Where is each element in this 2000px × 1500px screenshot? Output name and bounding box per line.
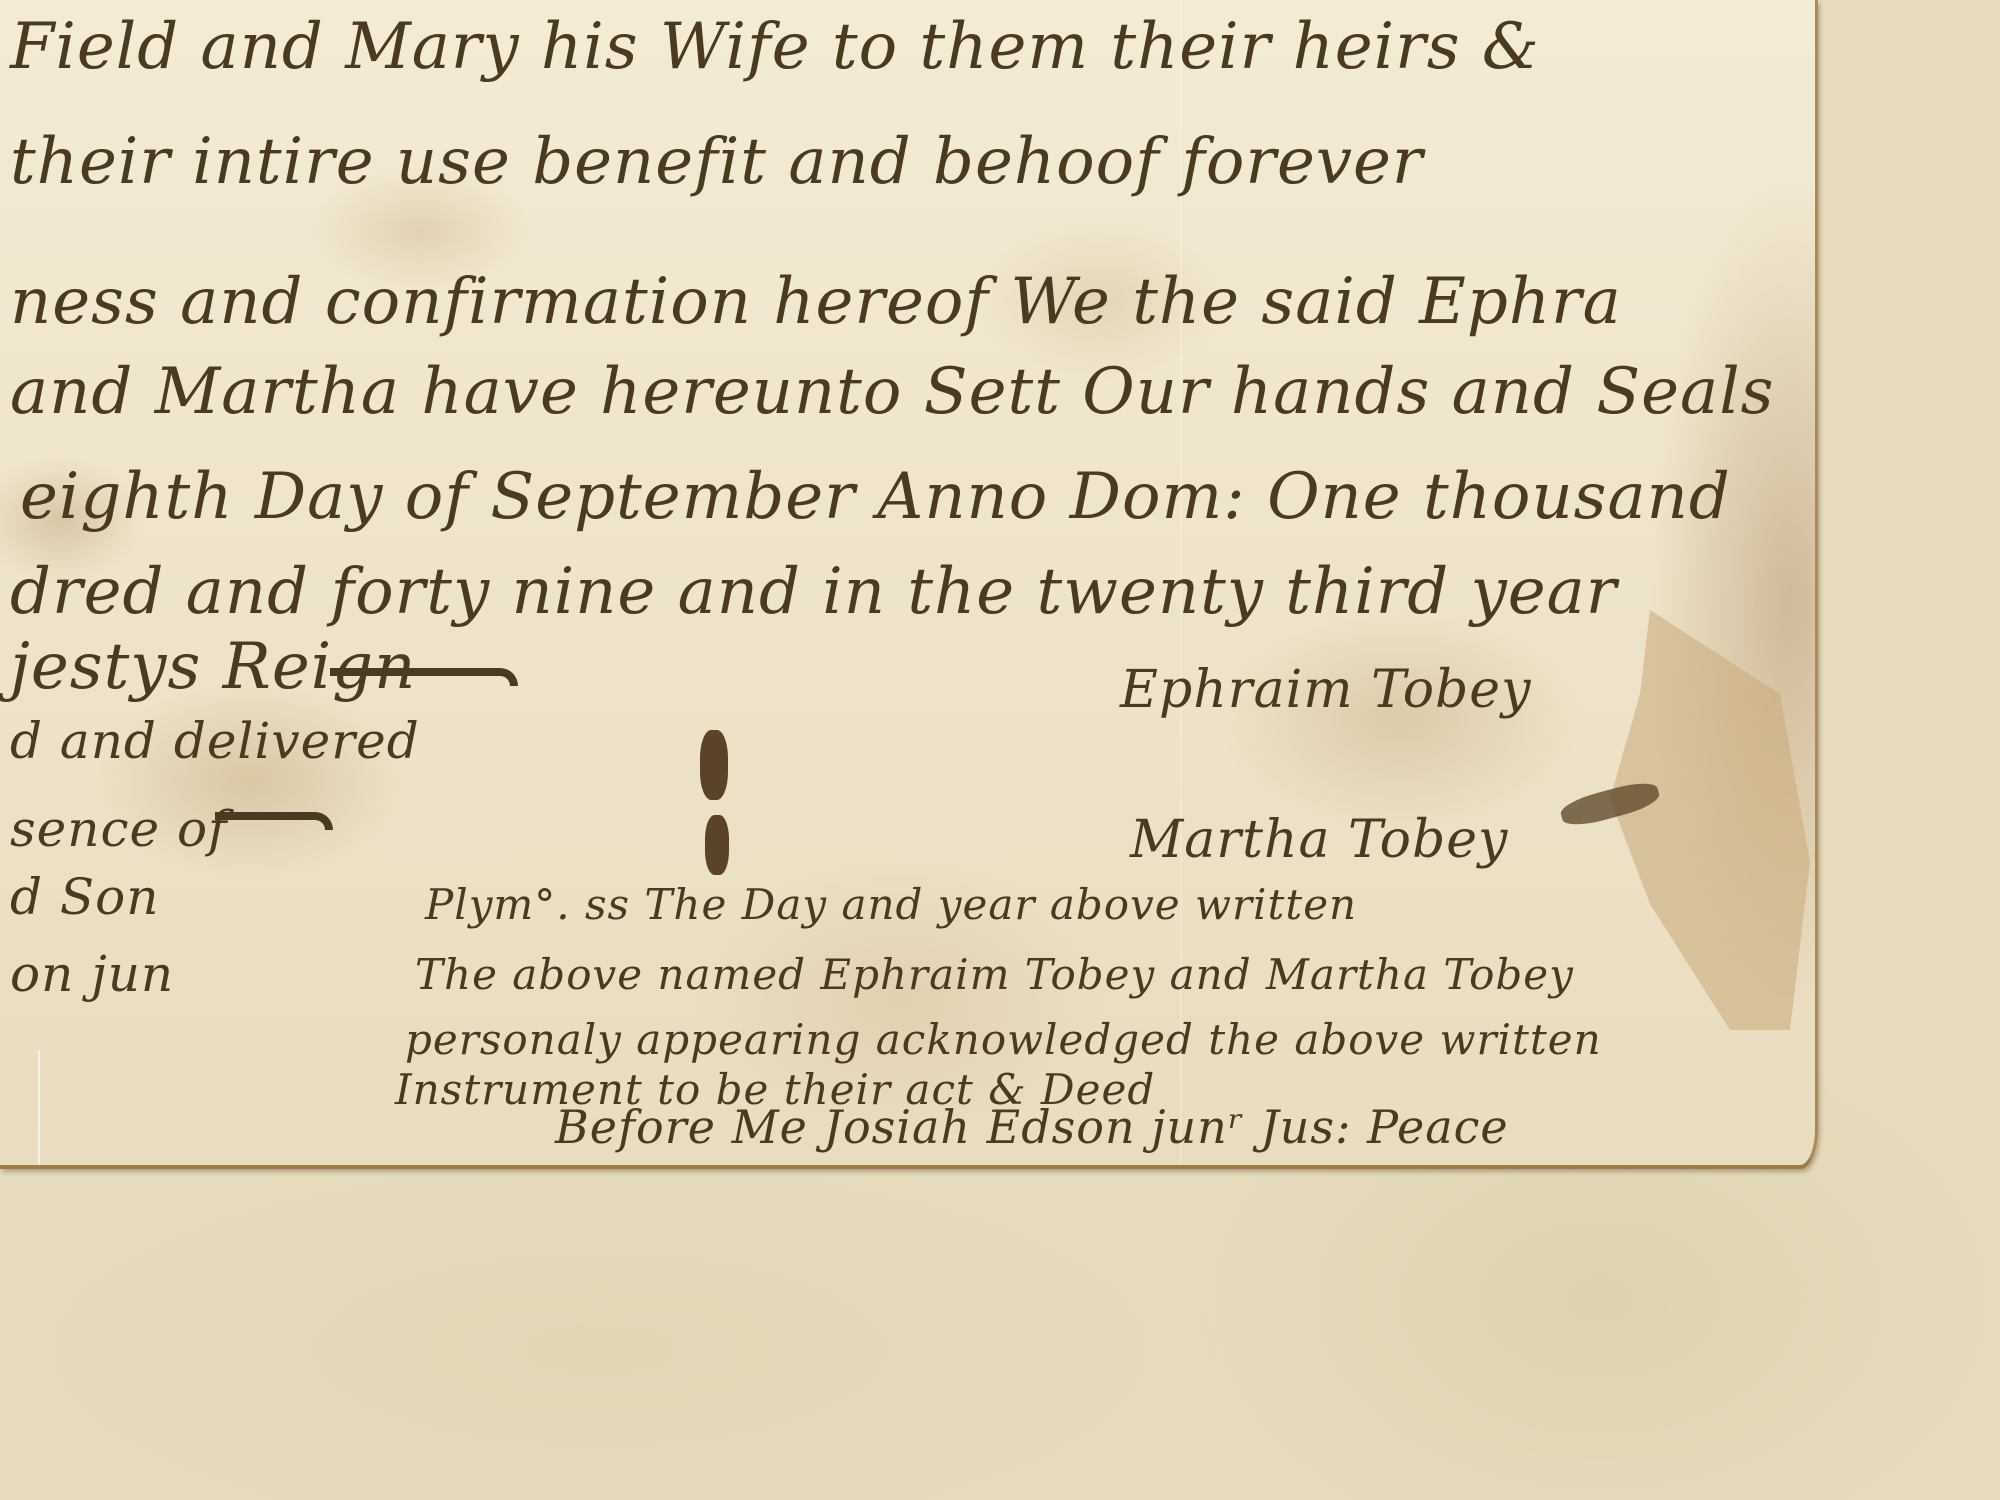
body-line-4: and Martha have hereunto Sett Our hands … <box>10 355 1775 429</box>
ink-blot <box>705 815 729 875</box>
deed-paper: Field and Mary his Wife to them their he… <box>0 0 1818 1169</box>
body-line-5: eighth Day of September Anno Dom: One th… <box>20 460 1731 534</box>
repair-patch <box>1610 610 1810 1030</box>
fold-line <box>38 1050 40 1165</box>
body-line-6: dred and forty nine and in the twenty th… <box>10 555 1617 629</box>
ack-line-5: Before Me Josiah Edson junʳ Jus: Peace <box>555 1100 1509 1154</box>
witness-line-4: on jun <box>10 945 174 1003</box>
ack-line-3: personaly appearing acknowledged the abo… <box>405 1015 1602 1064</box>
body-line-3: ness and confirmation hereof We the said… <box>10 265 1622 339</box>
witness-line-2: sence of <box>10 800 228 858</box>
flourish <box>330 668 518 686</box>
ink-blot <box>700 730 728 800</box>
witness-line-3: d Son <box>10 868 159 926</box>
body-line-7: jestys Reign <box>10 630 416 704</box>
flourish <box>215 812 333 830</box>
body-line-1: Field and Mary his Wife to them their he… <box>10 10 1540 84</box>
ack-line-1: Plym°. ss The Day and year above written <box>425 880 1357 929</box>
body-line-2: their intire use benefit and behoof fore… <box>10 125 1424 199</box>
ack-line-2: The above named Ephraim Tobey and Martha… <box>415 950 1574 999</box>
signature-ephraim: Ephraim Tobey <box>1120 660 1531 720</box>
witness-line-1: d and delivered <box>10 712 420 770</box>
signature-martha: Martha Tobey <box>1130 810 1508 870</box>
